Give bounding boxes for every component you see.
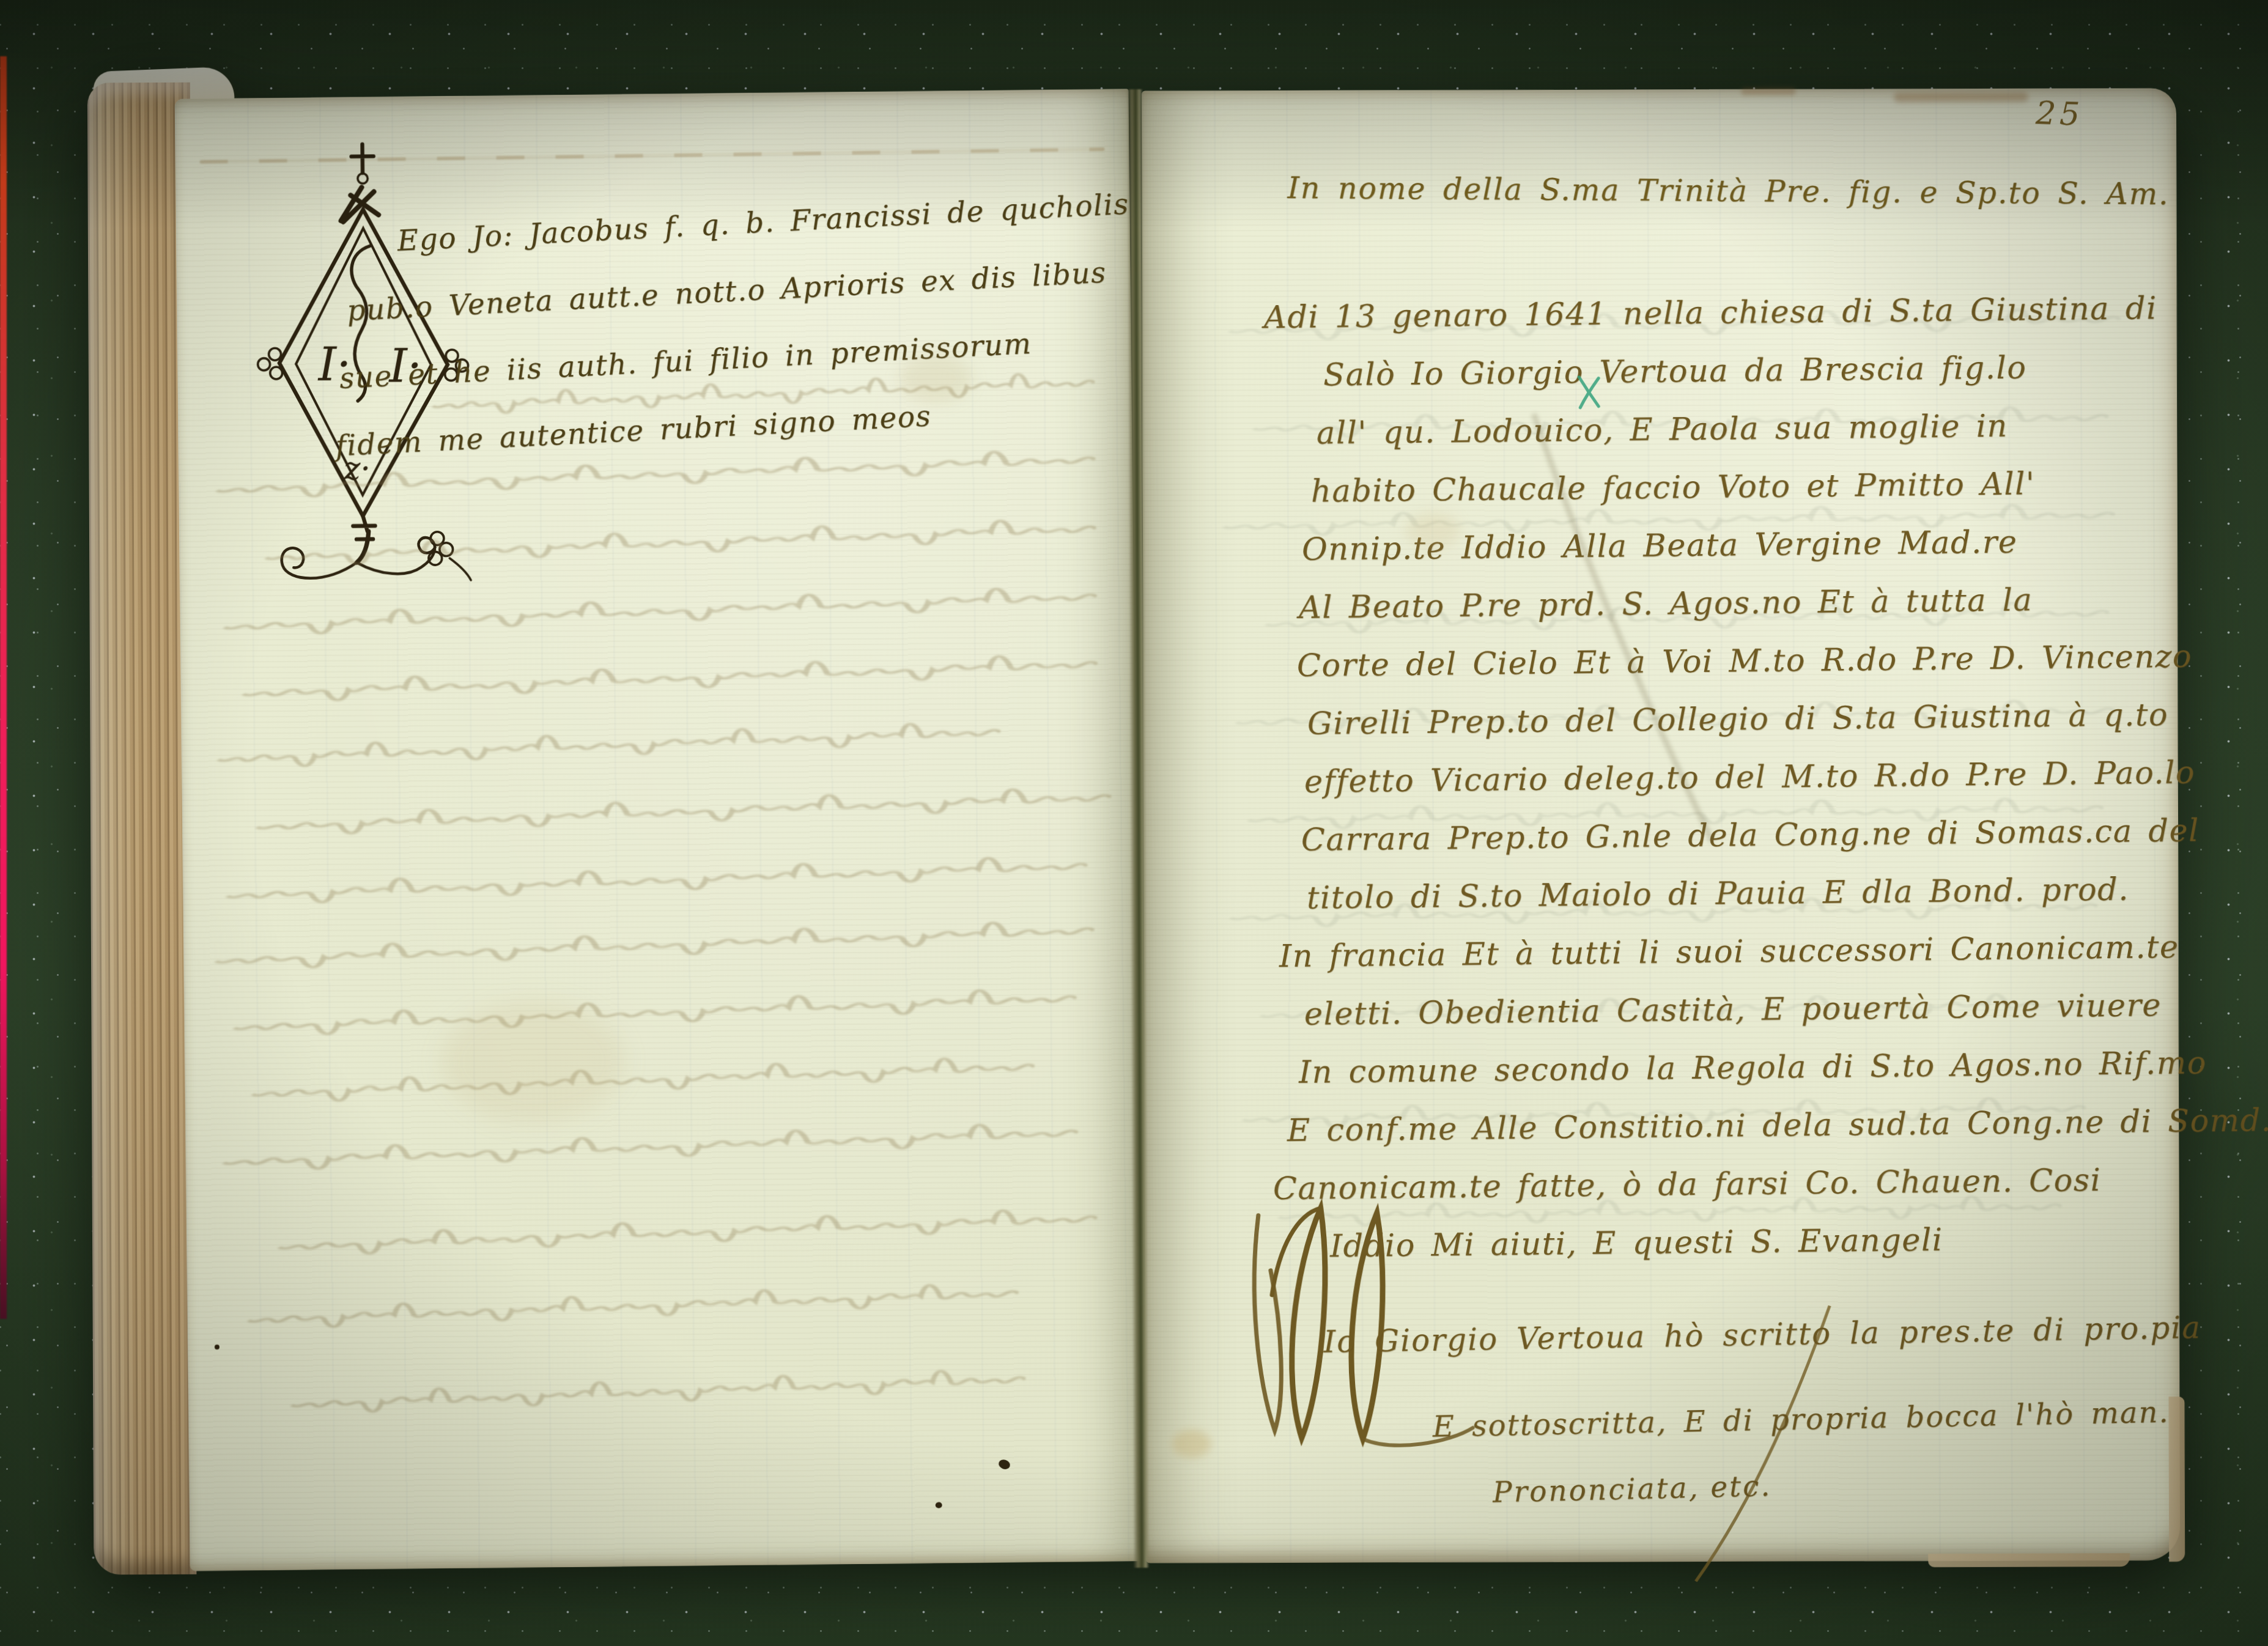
ink-blot [936,1502,942,1508]
edge-foxing [1894,92,2028,103]
invocation-heading: In nome della S.ma Trinità Pre. fig. e S… [1287,171,2170,212]
folio-number: 25 [2035,95,2084,133]
green-x-mark [1574,372,1603,411]
photo-of-open-manuscript: I· I· z· Ego Jo: Jacobus f. q. b. Franci… [0,0,2268,1646]
bleedthrough-line [213,851,1088,913]
manuscript-line: all' qu. Lodouico, E Paola sua moglie in [1316,394,2265,462]
manuscript-line: eletti. Obedientia Castità, E pouertà Co… [1304,975,2268,1044]
bleedthrough-line [266,1203,1098,1263]
manuscript-line: In francia Et à tutti li suoi successori… [1279,917,2268,986]
stain-spot [1172,1430,1211,1458]
bleedthrough-line [229,649,1098,711]
vow-text-block: Adi 13 genaro 1641 nella chiesa di S.ta … [1263,278,2268,1276]
bleedthrough-line [210,1117,1079,1179]
manuscript-line: effetto Vicario deleg.to del M.to R.do P… [1304,743,2268,811]
right-page: 25 In nome della S.ma Trinità Pre. fig. … [1142,88,2180,1563]
manuscript-line: E conf.me Alle Constitio.ni dela sud.ta … [1287,1091,2268,1160]
manuscript-line: habito Chaucale faccio Voto et Pmitto Al… [1310,452,2266,520]
red-book-edge-sliver [0,56,7,1319]
bleedthrough-line [202,915,1095,978]
edge-foxing [1741,88,1796,95]
signature-line: Prononciata, etc. [1492,1469,1772,1510]
bleedthrough-line [243,781,1112,844]
bleedthrough-line [279,1364,1026,1422]
manuscript-line: titolo di S.to Maiolo di Pauia E dla Bon… [1306,859,2268,927]
underpage-edge [2169,1397,2185,1562]
latin-attestation-block: Ego Jo: Jacobus f. q. b. Francissi de qu… [323,171,1150,481]
manuscript-line: Salò Io Giorgio Vertoua da Brescia fig.l… [1323,336,2264,404]
bleedthrough-line [221,983,1077,1044]
bleedthrough-line [240,1051,1035,1110]
open-book: I· I· z· Ego Jo: Jacobus f. q. b. Franci… [87,50,2185,1581]
manuscript-line: Corte del Cielo Et à Voi M.to R.do P.re … [1296,627,2267,695]
manuscript-line: Girelli Prep.to del Collegio di S.ta Giu… [1307,685,2268,753]
manuscript-line: Adi 13 genaro 1641 nella chiesa di S.ta … [1263,278,2264,347]
underpage-edge [1928,1553,2130,1567]
manuscript-line: In comune secondo la Regola di S.to Agos… [1298,1033,2268,1102]
ink-blot [215,1345,220,1349]
ink-blot [997,1458,1011,1471]
bleedthrough-line [205,717,1001,776]
cross-icon [351,144,374,173]
left-page: I· I· z· Ego Jo: Jacobus f. q. b. Franci… [175,89,1144,1571]
paper-crease [1521,407,1724,848]
manuscript-line: Carrara Prep.to G.nle dela Cong.ne di So… [1301,801,2268,869]
bleedthrough-line [236,1278,1019,1337]
manuscript-line: Onnip.te Iddio Alla Beata Vergine Mad.re [1301,511,2266,579]
water-stain [441,999,626,1123]
manuscript-line: Al Beato P.re prd. S. Agos.no Et à tutta… [1298,569,2267,637]
